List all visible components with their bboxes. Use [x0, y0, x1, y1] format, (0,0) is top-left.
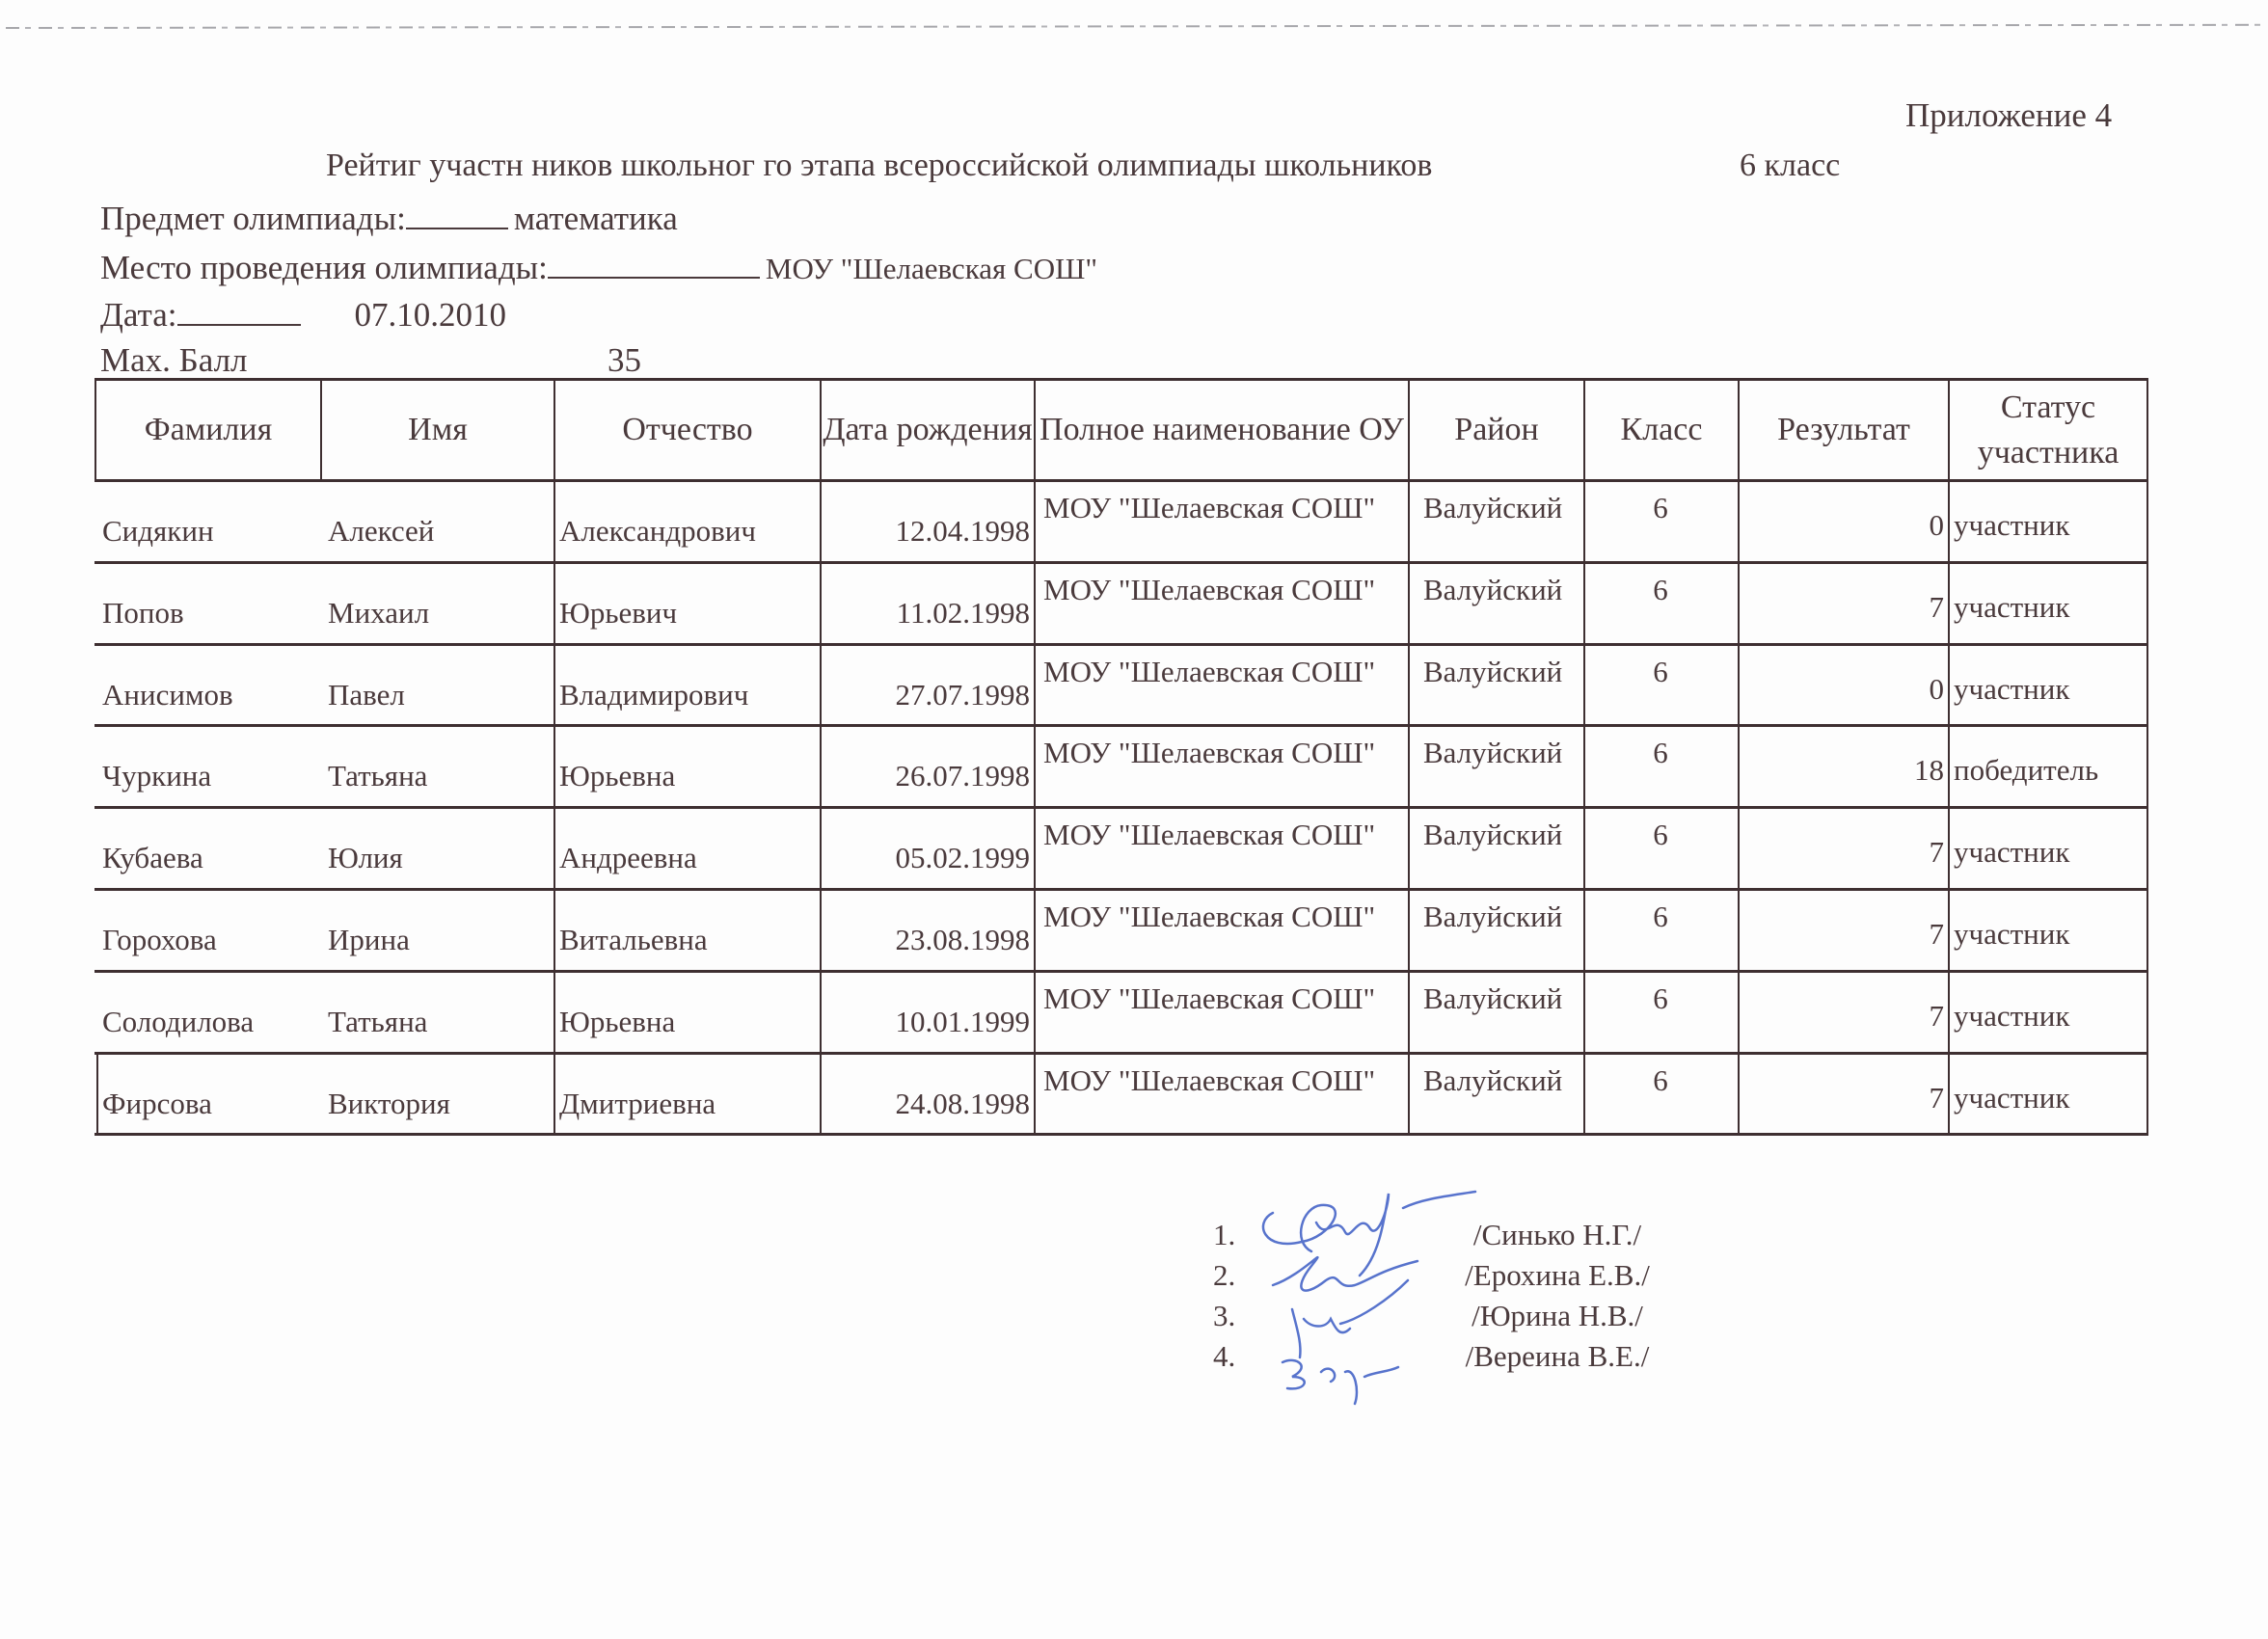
table-column-rule [1408, 479, 1410, 1136]
cell-birth-date: 05.02.1999 [827, 841, 1030, 875]
column-header-name: Имя [323, 381, 553, 478]
max-score-label: Мах. Балл [100, 341, 248, 379]
scan-artifact-line [6, 24, 2268, 29]
cell-birth-date: 12.04.1998 [827, 514, 1030, 549]
cell-grade: 6 [1632, 573, 1689, 607]
cell-district: Валуйский [1423, 818, 1562, 852]
cell-school: МОУ "Шелаевская СОШ" [1043, 900, 1375, 934]
table-column-rule [820, 378, 822, 481]
cell-name: Татьяна [328, 1005, 427, 1039]
date-blank [177, 295, 301, 326]
cell-result: 7 [1867, 590, 1944, 625]
cell-surname: Попов [102, 596, 184, 631]
cell-district: Валуйский [1423, 981, 1562, 1016]
table-rule [94, 561, 2148, 564]
cell-grade: 6 [1632, 655, 1689, 689]
table-column-rule [1738, 378, 1740, 481]
table-column-rule [2146, 479, 2148, 1136]
column-header-school: Полное наименование ОУ [1037, 381, 1407, 478]
cell-birth-date: 26.07.1998 [827, 759, 1030, 793]
grade-label: 6 класс [1740, 148, 1840, 184]
cell-patronymic: Владимирович [559, 678, 748, 712]
appendix-label: Приложение 4 [1905, 96, 2112, 135]
cell-name: Павел [328, 678, 405, 712]
cell-patronymic: Александрович [559, 514, 756, 549]
cell-status: победитель [1954, 753, 2098, 788]
cell-status: участник [1954, 835, 2069, 870]
table-rule [94, 1052, 2148, 1055]
table-column-rule [553, 378, 555, 481]
table-column-rule [1408, 378, 1410, 481]
venue-value: МОУ "Шелаевская СОШ" [766, 252, 1097, 285]
signature-number: 2. [1213, 1258, 1235, 1293]
table-column-rule [1034, 479, 1036, 1136]
cell-result: 7 [1867, 835, 1944, 870]
column-header-surname: Фамилия [97, 381, 319, 478]
cell-surname: Сидякин [102, 514, 214, 549]
cell-name: Ирина [328, 923, 410, 957]
table-rule [94, 806, 2148, 809]
cell-result: 0 [1867, 672, 1944, 707]
cell-result: 7 [1867, 1081, 1944, 1115]
cell-patronymic: Юрьевич [559, 596, 677, 631]
cell-district: Валуйский [1423, 491, 1562, 525]
column-header-status: Статус участника [1951, 381, 2146, 478]
cell-grade: 6 [1632, 736, 1689, 770]
table-column-rule [1738, 479, 1740, 1136]
venue-blank [548, 248, 760, 279]
table-column-rule [1948, 479, 1950, 1136]
table-column-rule [320, 378, 322, 481]
subject-value: математика [514, 200, 678, 237]
cell-patronymic: Юрьевна [559, 759, 675, 793]
table-rule [94, 970, 2148, 973]
cell-grade: 6 [1632, 818, 1689, 852]
cell-surname: Горохова [102, 923, 217, 957]
cell-district: Валуйский [1423, 573, 1562, 607]
cell-grade: 6 [1632, 1063, 1689, 1098]
cell-status: участник [1954, 999, 2069, 1034]
cell-status: участник [1954, 590, 2069, 625]
cell-status: участник [1954, 1081, 2069, 1115]
cell-result: 0 [1867, 508, 1944, 543]
column-header-birth-date: Дата рождения [823, 381, 1033, 478]
cell-district: Валуйский [1423, 1063, 1562, 1098]
cell-name: Алексей [328, 514, 434, 549]
date-value: 07.10.2010 [355, 296, 507, 334]
cell-birth-date: 24.08.1998 [827, 1087, 1030, 1121]
table-column-rule [1948, 378, 1950, 481]
cell-name: Михаил [328, 596, 429, 631]
cell-surname: Кубаева [102, 841, 203, 875]
cell-name: Юлия [328, 841, 403, 875]
cell-district: Валуйский [1423, 900, 1562, 934]
cell-surname: Анисимов [102, 678, 233, 712]
table-column-rule [2146, 378, 2148, 481]
cell-patronymic: Дмитриевна [559, 1087, 715, 1121]
cell-name: Татьяна [328, 759, 427, 793]
signature-number: 4. [1213, 1339, 1235, 1374]
cell-school: МОУ "Шелаевская СОШ" [1043, 736, 1375, 770]
cell-result: 7 [1867, 917, 1944, 952]
venue-line: Место проведения олимпиады:МОУ "Шелаевск… [100, 248, 1097, 287]
cell-result: 7 [1867, 999, 1944, 1034]
column-header-grade: Класс [1586, 381, 1737, 478]
table-column-rule [1583, 479, 1585, 1136]
table-rule [94, 724, 2148, 727]
cell-district: Валуйский [1423, 655, 1562, 689]
table-column-rule [1034, 378, 1036, 481]
table-column-rule [94, 378, 96, 481]
venue-label: Место проведения олимпиады: [100, 249, 548, 286]
subject-label: Предмет олимпиады: [100, 200, 406, 237]
handwritten-signatures [1244, 1184, 1495, 1406]
cell-surname: Солодилова [102, 1005, 254, 1039]
column-header-patronymic: Отчество [556, 381, 819, 478]
cell-birth-date: 11.02.1998 [827, 596, 1030, 631]
cell-grade: 6 [1632, 981, 1689, 1016]
date-line: Дата:07.10.2010 [100, 295, 506, 335]
table-column-rule [820, 479, 822, 1136]
table-rule [94, 479, 2148, 482]
cell-school: МОУ "Шелаевская СОШ" [1043, 573, 1375, 607]
cell-school: МОУ "Шелаевская СОШ" [1043, 981, 1375, 1016]
cell-patronymic: Андреевна [559, 841, 697, 875]
cell-school: МОУ "Шелаевская СОШ" [1043, 1063, 1375, 1098]
cell-school: МОУ "Шелаевская СОШ" [1043, 655, 1375, 689]
cell-status: участник [1954, 917, 2069, 952]
cell-birth-date: 27.07.1998 [827, 678, 1030, 712]
cell-status: участник [1954, 508, 2069, 543]
table-rule [94, 888, 2148, 891]
table-rule [94, 1133, 2148, 1136]
cell-grade: 6 [1632, 491, 1689, 525]
cell-status: участник [1954, 672, 2069, 707]
signature-number: 1. [1213, 1218, 1235, 1252]
column-header-result: Результат [1741, 381, 1947, 478]
cell-surname: Фирсова [102, 1087, 212, 1121]
document-title: Рейтиг участн ников школьног го этапа вс… [326, 148, 1432, 184]
cell-name: Виктория [328, 1087, 450, 1121]
subject-line: Предмет олимпиады:математика [100, 199, 678, 238]
column-header-district: Район [1411, 381, 1582, 478]
table-column-rule [553, 479, 555, 1136]
cell-patronymic: Витальевна [559, 923, 708, 957]
subject-blank [406, 199, 508, 229]
date-label: Дата: [100, 296, 177, 334]
table-column-rule [1583, 378, 1585, 481]
cell-birth-date: 10.01.1999 [827, 1005, 1030, 1039]
table-column-rule [96, 1052, 98, 1137]
cell-grade: 6 [1632, 900, 1689, 934]
cell-result: 18 [1867, 753, 1944, 788]
cell-patronymic: Юрьевна [559, 1005, 675, 1039]
cell-surname: Чуркина [102, 759, 211, 793]
signature-number: 3. [1213, 1299, 1235, 1333]
cell-school: МОУ "Шелаевская СОШ" [1043, 818, 1375, 852]
cell-school: МОУ "Шелаевская СОШ" [1043, 491, 1375, 525]
cell-birth-date: 23.08.1998 [827, 923, 1030, 957]
max-score-value: 35 [607, 341, 641, 380]
table-rule [94, 643, 2148, 646]
cell-district: Валуйский [1423, 736, 1562, 770]
max-score-line: Мах. Балл35 [100, 341, 563, 380]
